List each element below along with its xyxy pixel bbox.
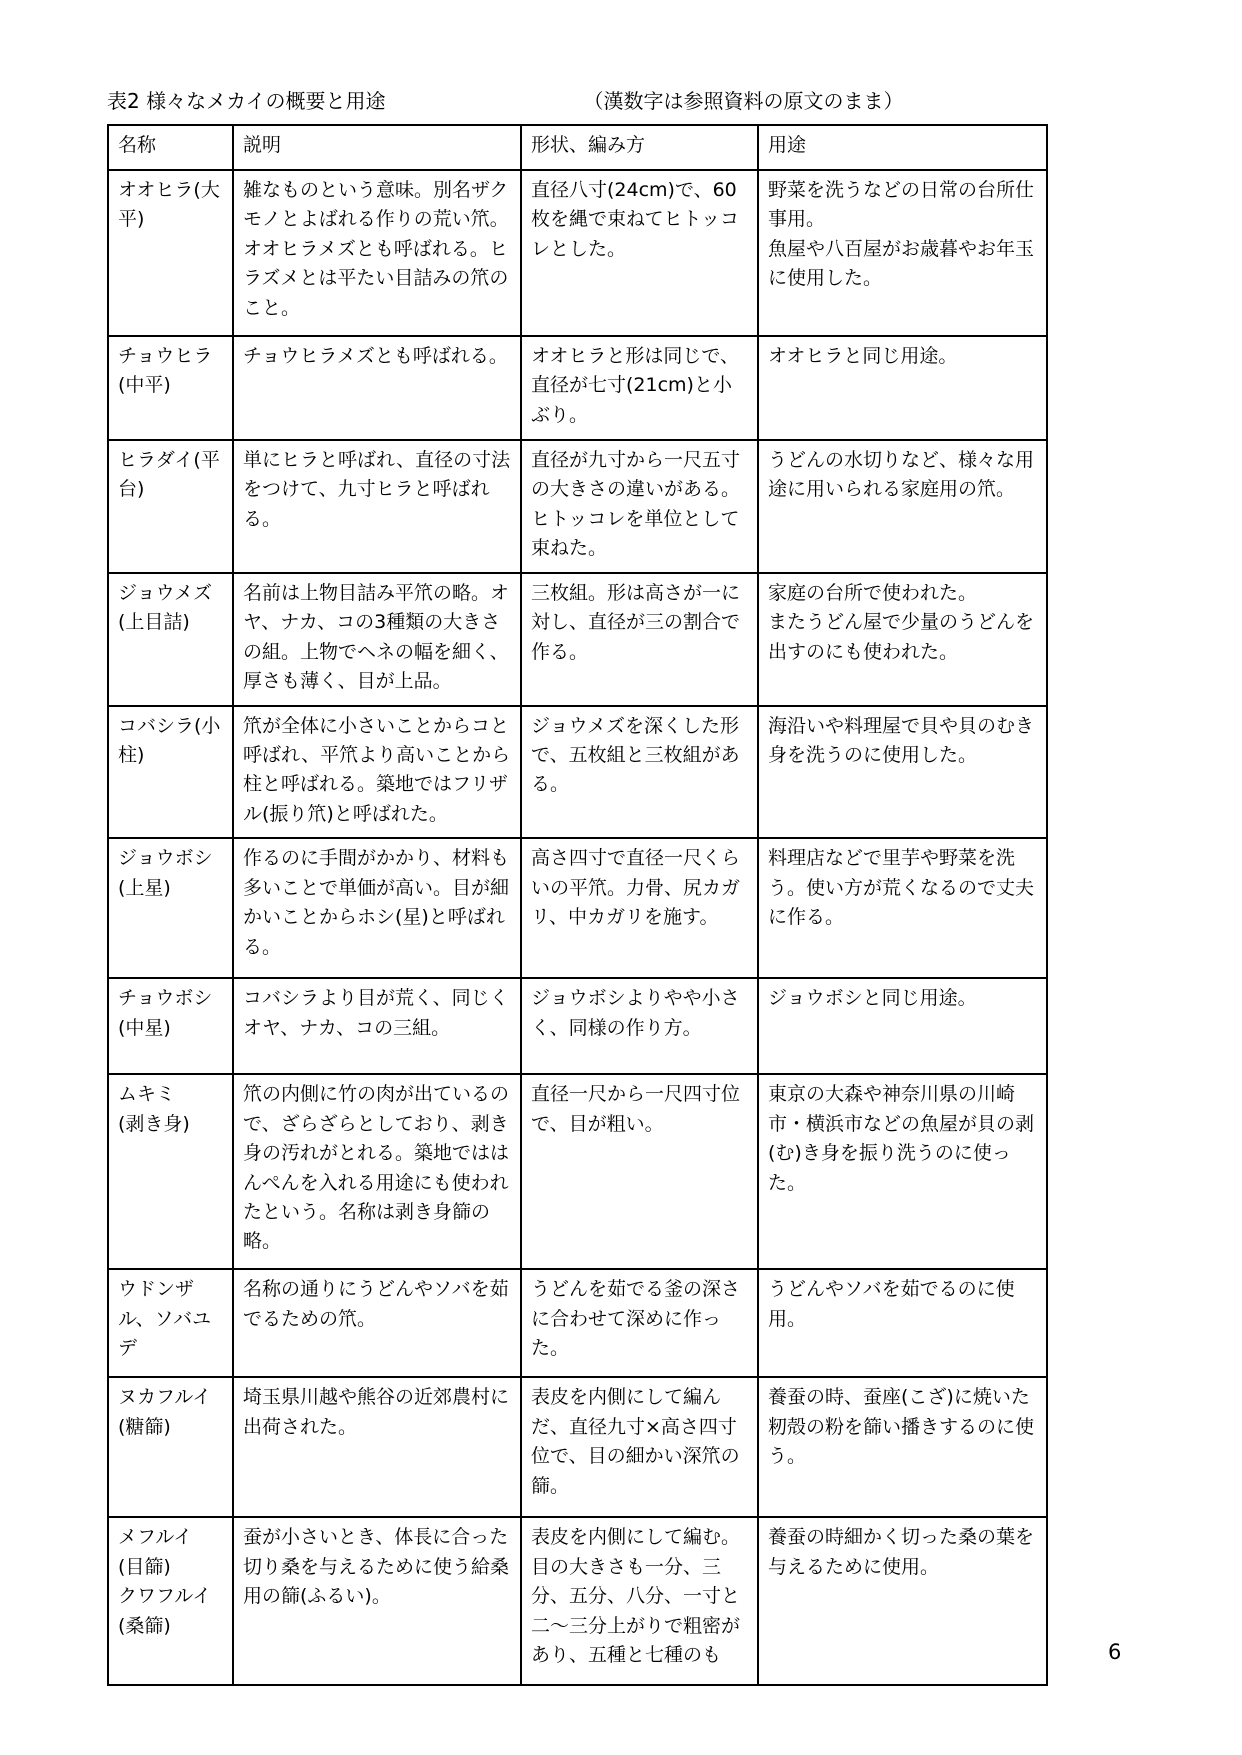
mekai-table: 名称 説明 形状、編み方 用途 オオヒラ(大平) 雑なものという意味。別名ザクモ… — [107, 124, 1048, 1686]
cell-usage: 養蚕の時、蚕座(こざ)に焼いた籾殻の粉を篩い播きするのに使う。 — [758, 1377, 1047, 1517]
cell-name: ヌカフルイ (糖篩) — [108, 1377, 233, 1517]
cell-shape: うどんを茹でる釜の深さに合わせて深めに作った。 — [521, 1269, 758, 1377]
document-page: 表2 様々なメカイの概要と用途 （漢数字は参照資料の原文のまま） 名称 説明 形… — [0, 0, 1242, 1755]
cell-description: 笊が全体に小さいことからコと呼ばれ、平笊より高いことから柱と呼ばれる。築地ではフ… — [233, 706, 521, 839]
table-row: オオヒラ(大平) 雑なものという意味。別名ザクモノとよばれる作りの荒い笊。オオヒ… — [108, 170, 1047, 336]
cell-usage: 東京の大森や神奈川県の川崎市・横浜市などの魚屋が貝の剥(む)き身を振り洗うのに使… — [758, 1074, 1047, 1269]
cell-name: コバシラ(小柱) — [108, 706, 233, 839]
cell-name: ジョウボシ (上星) — [108, 838, 233, 978]
cell-shape: 直径八寸(24cm)で、60枚を縄で束ねてヒトッコレとした。 — [521, 170, 758, 336]
cell-shape: オオヒラと形は同じで、直径が七寸(21cm)と小ぶり。 — [521, 336, 758, 440]
cell-usage: 家庭の台所で使われた。 またうどん屋で少量のうどんを出すのにも使われた。 — [758, 573, 1047, 706]
cell-shape: 直径一尺から一尺四寸位で、目が粗い。 — [521, 1074, 758, 1269]
cell-description: 笊の内側に竹の肉が出ているので、ざらざらとしており、剥き身の汚れがとれる。築地で… — [233, 1074, 521, 1269]
table-row: ジョウボシ (上星) 作るのに手間がかかり、材料も多いことで単価が高い。目が細か… — [108, 838, 1047, 978]
title-row: 表2 様々なメカイの概要と用途 （漢数字は参照資料の原文のまま） — [107, 88, 1046, 114]
cell-usage: ジョウボシと同じ用途。 — [758, 978, 1047, 1074]
cell-shape: 三枚組。形は高さが一に対し、直径が三の割合で作る。 — [521, 573, 758, 706]
column-header-shape: 形状、編み方 — [521, 125, 758, 170]
table-row: チョウヒラ (中平) チョウヒラメズとも呼ばれる。 オオヒラと形は同じで、直径が… — [108, 336, 1047, 440]
cell-usage: 野菜を洗うなどの日常の台所仕事用。 魚屋や八百屋がお歳暮やお年玉に使用した。 — [758, 170, 1047, 336]
table-row: チョウボシ (中星) コバシラより目が荒く、同じくオヤ、ナカ、コの三組。 ジョウ… — [108, 978, 1047, 1074]
cell-usage: 料理店などで里芋や野菜を洗う。使い方が荒くなるので丈夫に作る。 — [758, 838, 1047, 978]
cell-usage: 養蚕の時細かく切った桑の葉を与えるために使用。 — [758, 1517, 1047, 1685]
cell-description: 雑なものという意味。別名ザクモノとよばれる作りの荒い笊。オオヒラメズとも呼ばれる… — [233, 170, 521, 336]
page-number: 6 — [1108, 1640, 1121, 1664]
cell-shape: 表皮を内側にして編んだ、直径九寸×高さ四寸位で、目の細かい深笊の篩。 — [521, 1377, 758, 1517]
table-title: 表2 様々なメカイの概要と用途 — [107, 88, 385, 114]
cell-name: オオヒラ(大平) — [108, 170, 233, 336]
cell-shape: 表皮を内側にして編む。目の大きさも一分、三分、五分、八分、一寸と二～三分上がりで… — [521, 1517, 758, 1685]
table-title-note: （漢数字は参照資料の原文のまま） — [583, 88, 903, 114]
cell-name: ヒラダイ(平台) — [108, 440, 233, 573]
column-header-usage: 用途 — [758, 125, 1047, 170]
cell-usage: オオヒラと同じ用途。 — [758, 336, 1047, 440]
table-row: ジョウメズ (上目詰) 名前は上物目詰み平笊の略。オヤ、ナカ、コの3種類の大きさ… — [108, 573, 1047, 706]
cell-shape: ジョウメズを深くした形で、五枚組と三枚組がある。 — [521, 706, 758, 839]
cell-shape: 高さ四寸で直径一尺くらいの平笊。力骨、尻カガリ、中カガリを施す。 — [521, 838, 758, 978]
cell-description: コバシラより目が荒く、同じくオヤ、ナカ、コの三組。 — [233, 978, 521, 1074]
cell-name: ジョウメズ (上目詰) — [108, 573, 233, 706]
cell-shape: 直径が九寸から一尺五寸の大きさの違いがある。ヒトッコレを単位として束ねた。 — [521, 440, 758, 573]
cell-name: チョウボシ (中星) — [108, 978, 233, 1074]
cell-description: 名前は上物目詰み平笊の略。オヤ、ナカ、コの3種類の大きさの組。上物でヘネの幅を細… — [233, 573, 521, 706]
table-row: ヒラダイ(平台) 単にヒラと呼ばれ、直径の寸法をつけて、九寸ヒラと呼ばれる。 直… — [108, 440, 1047, 573]
cell-description: 埼玉県川越や熊谷の近郊農村に出荷された。 — [233, 1377, 521, 1517]
cell-description: 単にヒラと呼ばれ、直径の寸法をつけて、九寸ヒラと呼ばれる。 — [233, 440, 521, 573]
table-row: ウドンザル、ソバユデ 名称の通りにうどんやソバを茹でるための笊。 うどんを茹でる… — [108, 1269, 1047, 1377]
cell-name: ムキミ (剥き身) — [108, 1074, 233, 1269]
table-row: コバシラ(小柱) 笊が全体に小さいことからコと呼ばれ、平笊より高いことから柱と呼… — [108, 706, 1047, 839]
header-row: 名称 説明 形状、編み方 用途 — [108, 125, 1047, 170]
table-row: ヌカフルイ (糖篩) 埼玉県川越や熊谷の近郊農村に出荷された。 表皮を内側にして… — [108, 1377, 1047, 1517]
cell-shape: ジョウボシよりやや小さく、同様の作り方。 — [521, 978, 758, 1074]
cell-description: チョウヒラメズとも呼ばれる。 — [233, 336, 521, 440]
column-header-name: 名称 — [108, 125, 233, 170]
cell-usage: 海沿いや料理屋で貝や貝のむき身を洗うのに使用した。 — [758, 706, 1047, 839]
cell-name: ウドンザル、ソバユデ — [108, 1269, 233, 1377]
cell-description: 蚕が小さいとき、体長に合った切り桑を与えるために使う給桑用の篩(ふるい)。 — [233, 1517, 521, 1685]
column-header-description: 説明 — [233, 125, 521, 170]
table-row: ムキミ (剥き身) 笊の内側に竹の肉が出ているので、ざらざらとしており、剥き身の… — [108, 1074, 1047, 1269]
table-row: メフルイ (目篩) クワフルイ (桑篩) 蚕が小さいとき、体長に合った切り桑を与… — [108, 1517, 1047, 1685]
cell-usage: うどんの水切りなど、様々な用途に用いられる家庭用の笊。 — [758, 440, 1047, 573]
cell-name: メフルイ (目篩) クワフルイ (桑篩) — [108, 1517, 233, 1685]
cell-description: 作るのに手間がかかり、材料も多いことで単価が高い。目が細かいことからホシ(星)と… — [233, 838, 521, 978]
cell-description: 名称の通りにうどんやソバを茹でるための笊。 — [233, 1269, 521, 1377]
cell-name: チョウヒラ (中平) — [108, 336, 233, 440]
cell-usage: うどんやソバを茹でるのに使用。 — [758, 1269, 1047, 1377]
